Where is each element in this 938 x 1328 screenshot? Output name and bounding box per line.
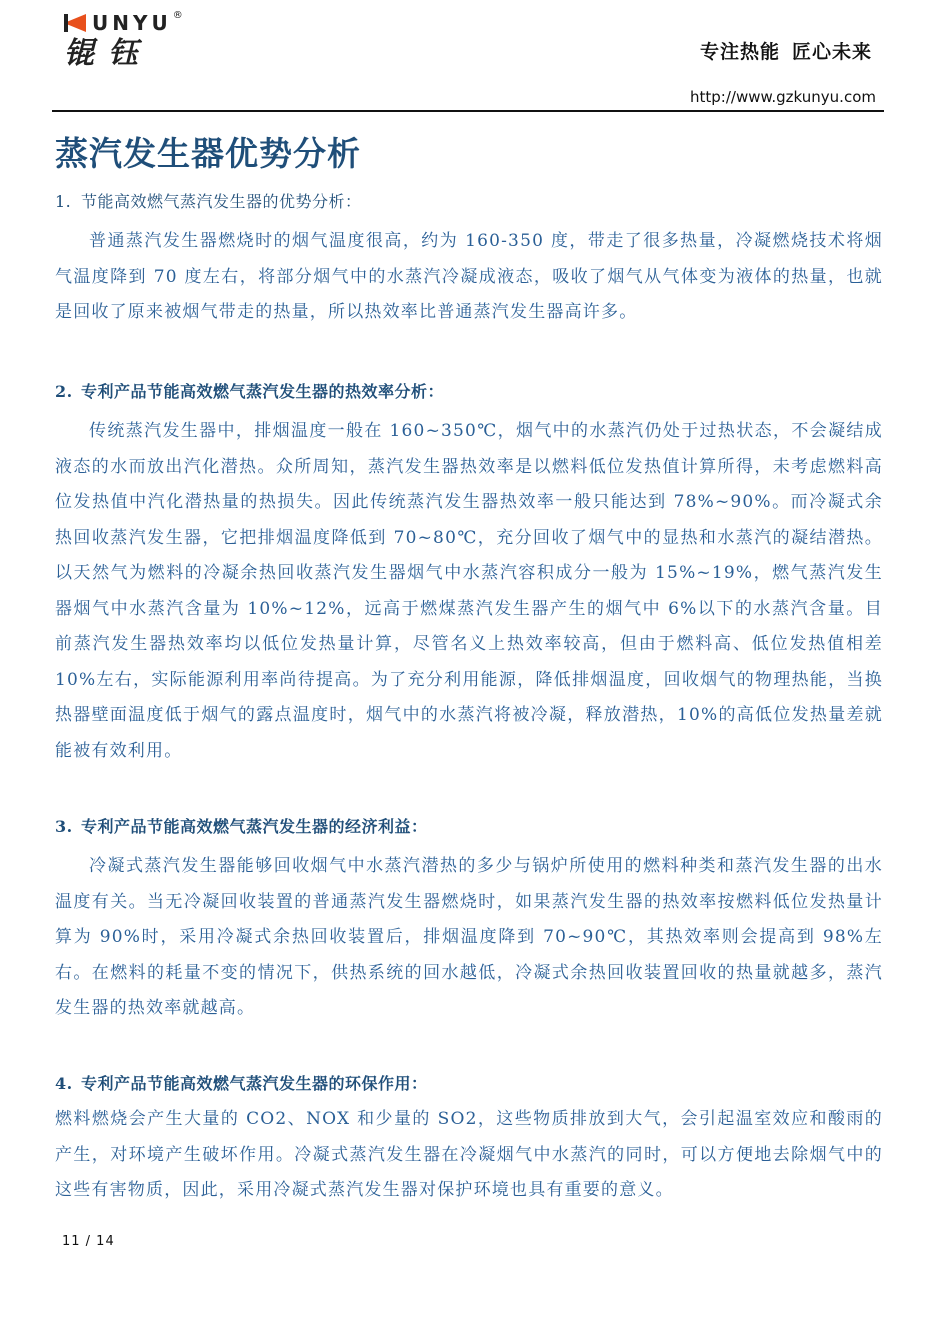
section-number: 4. bbox=[55, 1072, 81, 1096]
logo-chinese-text: 锟钰 bbox=[64, 38, 224, 70]
section-heading: 4.专利产品节能高效燃气蒸汽发生器的环保作用： bbox=[55, 1072, 883, 1096]
section-4: 4.专利产品节能高效燃气蒸汽发生器的环保作用： 燃料燃烧会产生大量的 CO2、N… bbox=[55, 1072, 883, 1209]
logo-latin-text: UNYU bbox=[92, 14, 172, 32]
section-1: 1.节能高效燃气蒸汽发生器的优势分析： 普通蒸汽发生器燃烧时的烟气温度很高，约为… bbox=[55, 190, 883, 331]
section-number: 3. bbox=[55, 815, 81, 839]
slogan-part-1: 专注热能 bbox=[700, 41, 780, 63]
logo-wordmark: UNYU ® bbox=[64, 8, 224, 32]
section-paragraph: 普通蒸汽发生器燃烧时的烟气温度很高，约为 160-350 度，带走了很多热量，冷… bbox=[55, 224, 883, 331]
page-number: 11 / 14 bbox=[62, 1234, 115, 1249]
section-heading: 3.专利产品节能高效燃气蒸汽发生器的经济利益： bbox=[55, 815, 883, 839]
header-divider bbox=[52, 110, 884, 112]
section-3: 3.专利产品节能高效燃气蒸汽发生器的经济利益： 冷凝式蒸汽发生器能够回收烟气中水… bbox=[55, 815, 883, 1027]
logo-k-mark-icon bbox=[64, 14, 88, 32]
page-title: 蒸汽发生器优势分析 bbox=[55, 128, 361, 175]
company-logo: UNYU ® 锟钰 bbox=[64, 8, 224, 70]
section-heading: 2.专利产品节能高效燃气蒸汽发生器的热效率分析： bbox=[55, 380, 883, 404]
section-number: 1. bbox=[55, 190, 81, 214]
slogan-part-2: 匠心未来 bbox=[792, 41, 872, 63]
section-heading-text: 专利产品节能高效燃气蒸汽发生器的经济利益： bbox=[81, 817, 428, 836]
section-heading: 1.节能高效燃气蒸汽发生器的优势分析： bbox=[55, 190, 883, 214]
section-paragraph: 燃料燃烧会产生大量的 CO2、NOX 和少量的 SO2，这些物质排放到大气，会引… bbox=[55, 1102, 883, 1209]
header-slogan: 专注热能匠心未来 bbox=[700, 37, 872, 64]
header-url[interactable]: http://www.gzkunyu.com bbox=[690, 88, 876, 106]
section-number: 2. bbox=[55, 380, 81, 404]
section-heading-text: 节能高效燃气蒸汽发生器的优势分析： bbox=[81, 192, 362, 211]
section-heading-text: 专利产品节能高效燃气蒸汽发生器的热效率分析： bbox=[81, 382, 444, 401]
section-heading-text: 专利产品节能高效燃气蒸汽发生器的环保作用： bbox=[81, 1074, 428, 1093]
section-2: 2.专利产品节能高效燃气蒸汽发生器的热效率分析： 传统蒸汽发生器中，排烟温度一般… bbox=[55, 380, 883, 769]
section-paragraph: 传统蒸汽发生器中，排烟温度一般在 160~350℃，烟气中的水蒸汽仍处于过热状态… bbox=[55, 414, 883, 769]
section-paragraph: 冷凝式蒸汽发生器能够回收烟气中水蒸汽潜热的多少与锅炉所使用的燃料种类和蒸汽发生器… bbox=[55, 849, 883, 1027]
registered-mark: ® bbox=[173, 10, 183, 21]
